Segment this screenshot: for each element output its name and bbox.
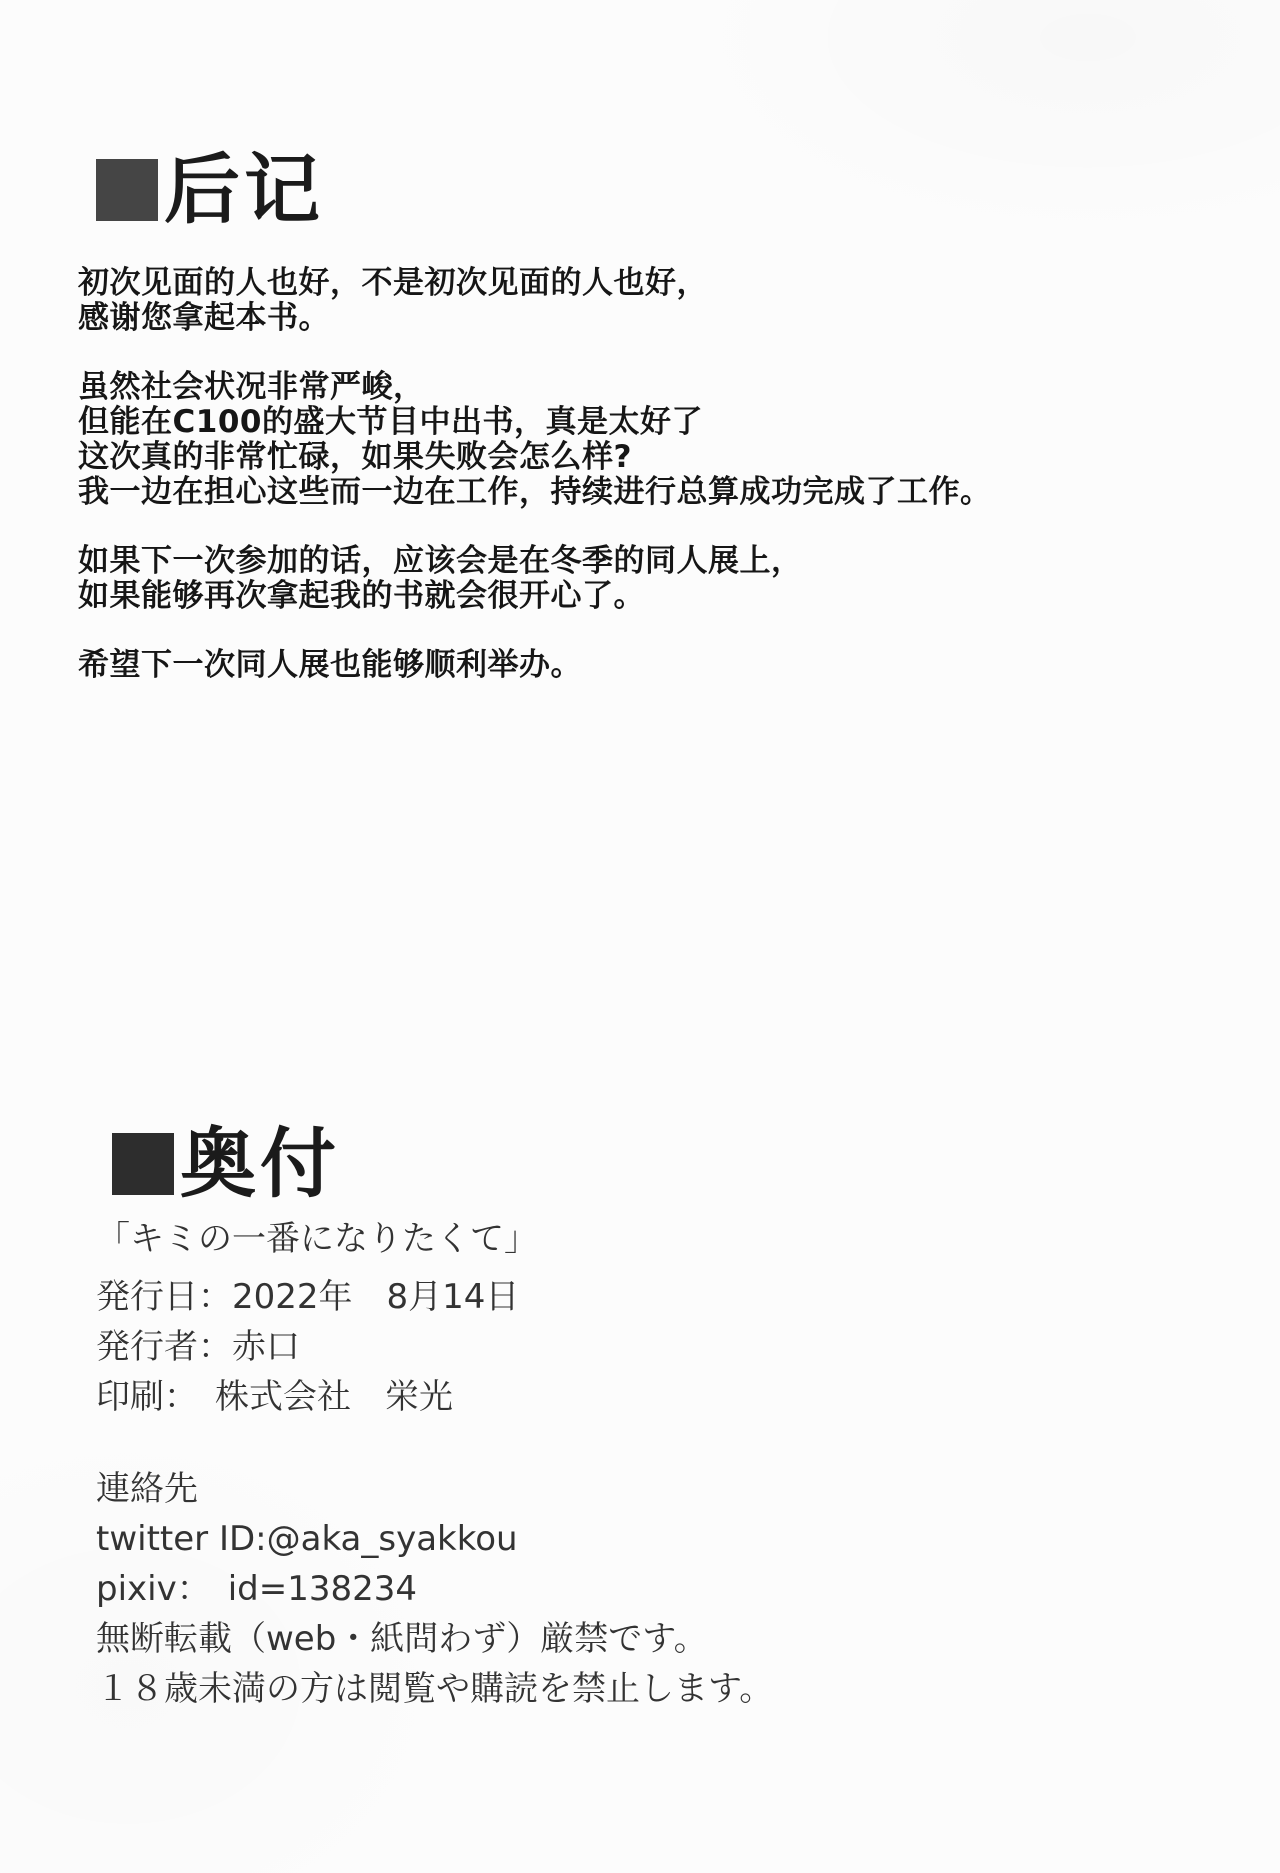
afterword-paragraph: 初次见面的人也好，不是初次见面的人也好， 感谢您拿起本书。	[78, 266, 1228, 336]
afterword-paragraph: 虽然社会状况非常严峻， 但能在C100的盛大节目中出书，真是太好了 这次真的非常…	[78, 370, 1228, 510]
afterword-line: 这次真的非常忙碌，如果失败会怎么样?	[78, 440, 1228, 475]
publish-date: 発行日：2022年 8月14日	[96, 1272, 1196, 1322]
afterword-line: 我一边在担心这些而一边在工作，持续进行总算成功完成了工作。	[78, 475, 1228, 510]
scanned-afterword-page: 后记 初次见面的人也好，不是初次见面的人也好， 感谢您拿起本书。 虽然社会状况非…	[0, 0, 1280, 1873]
afterword-paragraph: 如果下一次参加的话，应该会是在冬季的同人展上， 如果能够再次拿起我的书就会很开心…	[78, 544, 1228, 614]
colophon-body: 「キミの一番になりたくて」 発行日：2022年 8月14日 発行者：赤口 印刷：…	[96, 1214, 1196, 1714]
afterword-body: 初次见面的人也好，不是初次见面的人也好， 感谢您拿起本书。 虽然社会状况非常严峻…	[78, 266, 1228, 717]
age-notice: １８歳未満の方は閲覧や購読を禁止します。	[96, 1664, 1196, 1714]
book-title: 「キミの一番になりたくて」	[96, 1214, 1196, 1264]
twitter-id: twitter ID:@aka_syakkou	[96, 1514, 1196, 1564]
afterword-line: 初次见面的人也好，不是初次见面的人也好，	[78, 266, 1228, 301]
afterword-line: 如果下一次参加的话，应该会是在冬季的同人展上，	[78, 544, 1228, 579]
afterword-line: 虽然社会状况非常严峻，	[78, 370, 1228, 405]
contact-label: 連絡先	[96, 1464, 1196, 1514]
colophon-spacer	[96, 1422, 1196, 1464]
colophon-heading-text: 奥付	[180, 1126, 340, 1202]
afterword-heading: 后记	[96, 152, 324, 228]
printer: 印刷： 株式会社 栄光	[96, 1372, 1196, 1422]
afterword-line: 如果能够再次拿起我的书就会很开心了。	[78, 579, 1228, 614]
afterword-line: 希望下一次同人展也能够顺利举办。	[78, 648, 1228, 683]
afterword-paragraph: 希望下一次同人展也能够顺利举办。	[78, 648, 1228, 683]
pixiv-id: pixiv： id=138234	[96, 1564, 1196, 1614]
afterword-line: 但能在C100的盛大节目中出书，真是太好了	[78, 405, 1228, 440]
heading-square-icon	[96, 159, 158, 221]
colophon-heading: 奥付	[112, 1126, 340, 1202]
publisher: 発行者：赤口	[96, 1322, 1196, 1372]
afterword-heading-text: 后记	[164, 152, 324, 228]
reprint-notice: 無断転載（web・紙問わず）厳禁です。	[96, 1614, 1196, 1664]
afterword-line: 感谢您拿起本书。	[78, 301, 1228, 336]
heading-square-icon	[112, 1133, 174, 1195]
